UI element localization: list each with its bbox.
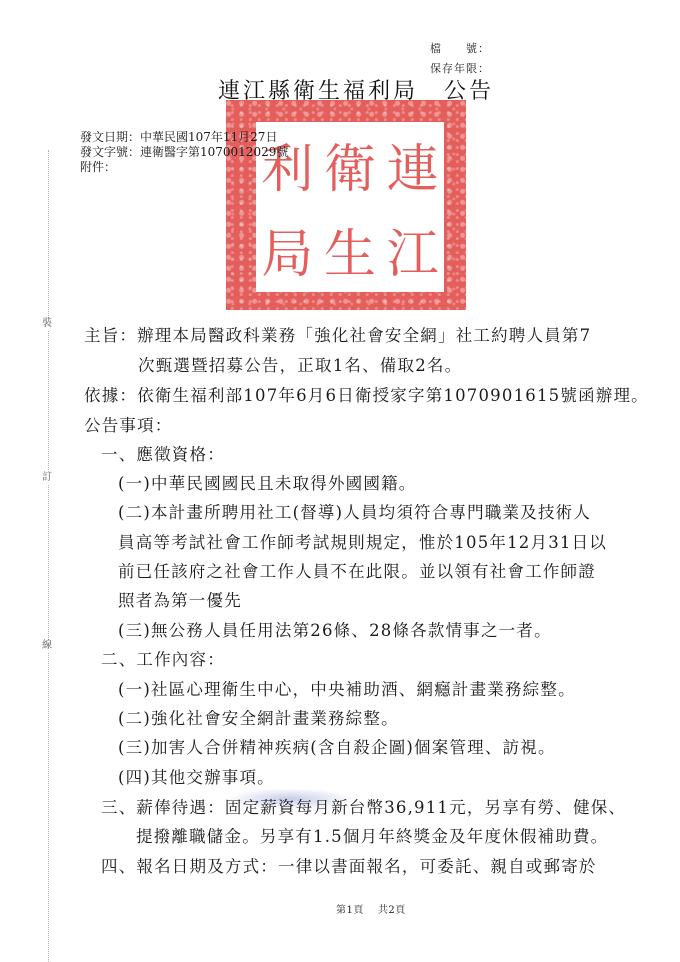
section-2-item-3: (三)加害人合併精神疾病(含自殺企圖)個案管理、訪視。 [118, 734, 556, 758]
total-pages: 共2頁 [378, 905, 406, 916]
announcement-items-heading: 公告事項： [84, 412, 173, 436]
section-1-item-1: (一)中華民國國民且未取得外國國籍。 [118, 470, 416, 494]
section-3-line-1: 三、薪俸待遇：固定薪資每月新台幣36,911元，另享有勞、健保、 [101, 794, 626, 818]
section-1-heading: 一、應徵資格： [101, 441, 225, 465]
page-number: 第1頁 [336, 905, 364, 916]
section-1-item-2-line-1: (二)本計畫所聘用社工(督導)人員均須符合專門職業及技術人 [118, 499, 591, 523]
binding-line [48, 150, 49, 962]
section-1-item-2-line-2: 員高等考試社會工作師考試規則規定，惟於105年12月31日以 [118, 529, 607, 553]
binding-mark-zhuang: 裝 [42, 318, 52, 330]
attachment-label: 附件： [80, 160, 288, 175]
seal-char: 衛 [319, 122, 382, 207]
page-footer: 第1頁共2頁 [336, 901, 406, 916]
file-number-label: 檔 號： [430, 40, 490, 56]
section-2-item-4: (四)其他交辦事項。 [118, 764, 275, 788]
document-metadata: 發文日期：中華民國107年11月27日 發文字號：連衛醫字第1070012029… [80, 130, 288, 175]
binding-mark-xian: 線 [42, 640, 52, 652]
subject-line-2: 次甄選暨招募公告，正取1名、備取2名。 [138, 352, 462, 376]
section-1-item-2-line-3: 前已任該府之社會工作人員不在此限。並以領有社會工作師證 [118, 558, 596, 582]
binding-mark-ding: 訂 [42, 472, 52, 484]
subject-line-1: 主旨：辦理本局醫政科業務「強化社會安全網」社工約聘人員第7 [84, 322, 591, 346]
basis-line: 依據：依衛生福利部107年6月6日衛授家字第1070901615號函辦理。 [84, 382, 649, 406]
document-number: 發文字號：連衛醫字第1070012029號 [80, 145, 288, 160]
seal-char: 江 [381, 207, 444, 292]
seal-char: 連 [381, 122, 444, 207]
section-2-item-1: (一)社區心理衛生中心，中央補助酒、網癮計畫業務綜整。 [118, 676, 576, 700]
section-1-item-2-line-4: 照者為第一優先 [118, 587, 242, 611]
section-2-heading: 二、工作內容： [101, 646, 225, 670]
section-4-line-1: 四、報名日期及方式：一律以書面報名，可委託、親自或郵寄於 [101, 853, 597, 877]
seal-char: 局 [256, 207, 319, 292]
section-2-item-2: (二)強化社會安全網計畫業務綜整。 [118, 705, 399, 729]
seal-char: 生 [319, 207, 382, 292]
section-3-line-2: 提撥離職儲金。另享有1.5個月年終獎金及年度休假補助費。 [136, 823, 608, 847]
section-1-item-3: (三)無公務人員任用法第26條、28條各款情事之一者。 [118, 617, 552, 641]
issue-date: 發文日期：中華民國107年11月27日 [80, 130, 288, 145]
